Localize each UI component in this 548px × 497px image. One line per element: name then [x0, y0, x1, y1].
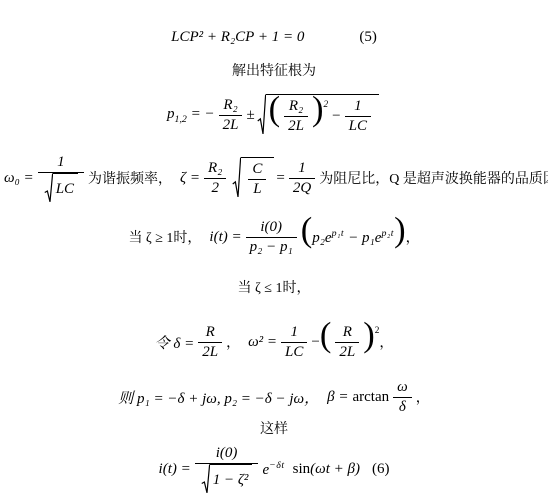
fraction-numerator: ω [393, 378, 412, 397]
fraction-numerator: i(0) [195, 444, 259, 463]
fraction-1-LC: 1 LC [281, 323, 307, 362]
comma: ， [406, 227, 420, 247]
fraction-1-LC: 1 LC [345, 97, 371, 136]
poles-lead: 则 p₁ = −δ + jω, p₂ = −δ − jω， [118, 387, 319, 408]
open-paren: ( [301, 229, 313, 246]
radicand: C L [241, 157, 274, 199]
let-delta-lhs: 令 δ = [155, 332, 195, 353]
fraction-denominator: 2L [219, 115, 243, 135]
fraction-numerator: 1 [281, 323, 307, 342]
fraction-denominator: LC [281, 342, 307, 362]
equation-6: i(t) = i(0) 1 − ζ² e−δt sin (ωt + β) (6) [0, 440, 548, 497]
fraction-omega-delta: ω δ [393, 378, 412, 417]
fraction-i0-sqrt: i(0) 1 − ζ² [195, 444, 259, 494]
roots-equation: p1,2 = − R₂ 2L ± ( R₂ 2L )2 − 1 LC [0, 84, 548, 146]
fraction-denominator: 2L [198, 342, 222, 362]
roots-lhs: p1,2 = − [167, 106, 215, 125]
substitution-equation: 令 δ = R 2L ， ω² = 1 LC − ( R 2L )2 ， [0, 314, 548, 370]
omega-squared-lhs: ω² = [248, 334, 277, 351]
exponent-p1t: p₁t [332, 228, 345, 239]
fraction-denominator: L [248, 179, 266, 199]
resonant-frequency-text: 为谐振频率， [88, 168, 172, 188]
radicand: LC [53, 173, 78, 203]
thus-text-line: 这样 [0, 416, 548, 440]
fraction-denominator: 2L [335, 342, 359, 362]
sin-function: sin [293, 461, 311, 478]
paper-page: LCP² + R₂CP + 1 = 0 (5) 解出特征根为 p1,2 = − … [0, 0, 548, 497]
fraction-R-2L: R 2L [335, 323, 359, 362]
intro-text: 解出特征根为 [232, 60, 316, 80]
intro-text-line: 解出特征根为 [0, 59, 548, 81]
thus-text: 这样 [260, 418, 288, 438]
equals-sign: = [276, 170, 284, 187]
fraction-1-2Q: 1 2Q [289, 159, 315, 198]
term-p1-exp: − p₁ep₂t [348, 228, 394, 247]
current-lhs: i(t) = [159, 461, 191, 478]
radicand: ( R₂ 2L )2 − 1 LC [266, 94, 379, 136]
fraction-numerator: R₂ [204, 159, 226, 178]
fraction-numerator: R [198, 323, 222, 342]
fraction-numerator: C [248, 160, 266, 179]
fraction-denominator: δ [393, 397, 412, 417]
radicand: 1 − ζ² [210, 464, 253, 494]
fraction-denominator: p₂ − p₁ [246, 237, 297, 257]
radical-icon [201, 464, 210, 494]
fraction-R2-2L: R₂ 2L [219, 96, 243, 135]
exponent: 2 [324, 100, 329, 110]
exponent-negative-delta-t: −δt [269, 460, 285, 471]
current-lhs: i(t) = [209, 229, 241, 246]
fraction-R2-2: R₂ 2 [204, 159, 226, 198]
radical-icon [257, 94, 266, 136]
fraction-numerator: i(0) [246, 218, 297, 237]
fraction-denominator: 1 − ζ² [195, 463, 259, 494]
term-p2-exp: p₂ep₁t [312, 228, 344, 247]
fraction-numerator: 1 [38, 153, 84, 172]
radical-icon [44, 173, 53, 203]
close-paren-squared: )2 [363, 334, 379, 351]
fraction-numerator: R₂ [219, 96, 243, 115]
square-root: LC [44, 173, 78, 203]
fraction-1-sqrtLC: 1 LC [38, 153, 84, 203]
omega0-lhs: ω₀ = [4, 170, 34, 187]
exponent: 2 [375, 326, 380, 336]
close-paren-squared: )2 [312, 108, 328, 125]
equation-5: LCP² + R₂CP + 1 = 0 (5) [0, 22, 548, 52]
underdamped-case-condition: 当 ζ ≤ 1时， [0, 274, 548, 300]
condition-zeta-le-1: 当 ζ ≤ 1时， [238, 277, 311, 297]
condition-zeta-ge-1: 当 ζ ≥ 1时， [128, 227, 201, 247]
close-paren: ) [394, 229, 406, 246]
fraction-denominator: LC [38, 172, 84, 203]
exponent-p2t: p₂t [381, 228, 394, 239]
equals-minus: = − [191, 106, 215, 122]
equation-5-number: (5) [359, 29, 377, 46]
comma: ， [379, 332, 393, 352]
fraction-R-2L: R 2L [198, 323, 222, 362]
fraction-denominator: LC [345, 116, 371, 136]
overdamped-case-equation: 当 ζ ≥ 1时， i(t) = i(0) p₂ − p₁ ( p₂ep₁t −… [0, 208, 548, 266]
fraction-i0-p2p1: i(0) p₂ − p₁ [246, 218, 297, 257]
fraction-numerator: R₂ [284, 97, 308, 116]
equation-6-number: (6) [372, 461, 390, 478]
equation-5-body: LCP² + R₂CP + 1 = 0 [171, 29, 304, 46]
damping-ratio-paragraph: ω₀ = 1 LC 为谐振频率， ζ = R₂ 2 C L [0, 146, 548, 210]
zeta-lhs: ζ = [180, 170, 200, 187]
poles-equation: 则 p₁ = −δ + jω, p₂ = −δ − jω， β = arctan… [0, 372, 548, 422]
arctan-function: arctan [352, 389, 389, 406]
minus-sign: − [332, 108, 340, 125]
comma: ， [226, 332, 240, 352]
fraction-C-L: C L [248, 160, 266, 199]
p-subscript: 1,2 [175, 114, 187, 125]
fraction-denominator: 2Q [289, 178, 315, 198]
square-root: ( R₂ 2L )2 − 1 LC [257, 94, 379, 136]
beta-lhs: β = [327, 389, 348, 406]
radical-icon [232, 157, 241, 199]
fraction-R2-2L: R₂ 2L [284, 97, 308, 136]
square-root: C L [232, 157, 274, 199]
open-paren: ( [269, 108, 281, 125]
open-paren: ( [320, 334, 332, 351]
minus-sign: − [311, 334, 319, 351]
fraction-numerator: R [335, 323, 359, 342]
fraction-denominator: 2 [204, 178, 226, 198]
sin-argument: (ωt + β) [310, 461, 360, 478]
plus-minus-sign: ± [246, 107, 254, 124]
exponential-term: e−δt [262, 460, 284, 479]
square-root: 1 − ζ² [201, 464, 253, 494]
fraction-denominator: 2L [284, 116, 308, 136]
p-symbol: p [167, 106, 175, 122]
damping-ratio-text: 为阻尼比，Q 是超声波换能器的品质因素。 [319, 168, 548, 188]
fraction-numerator: 1 [289, 159, 315, 178]
fraction-numerator: 1 [345, 97, 371, 116]
comma: ， [416, 387, 430, 407]
